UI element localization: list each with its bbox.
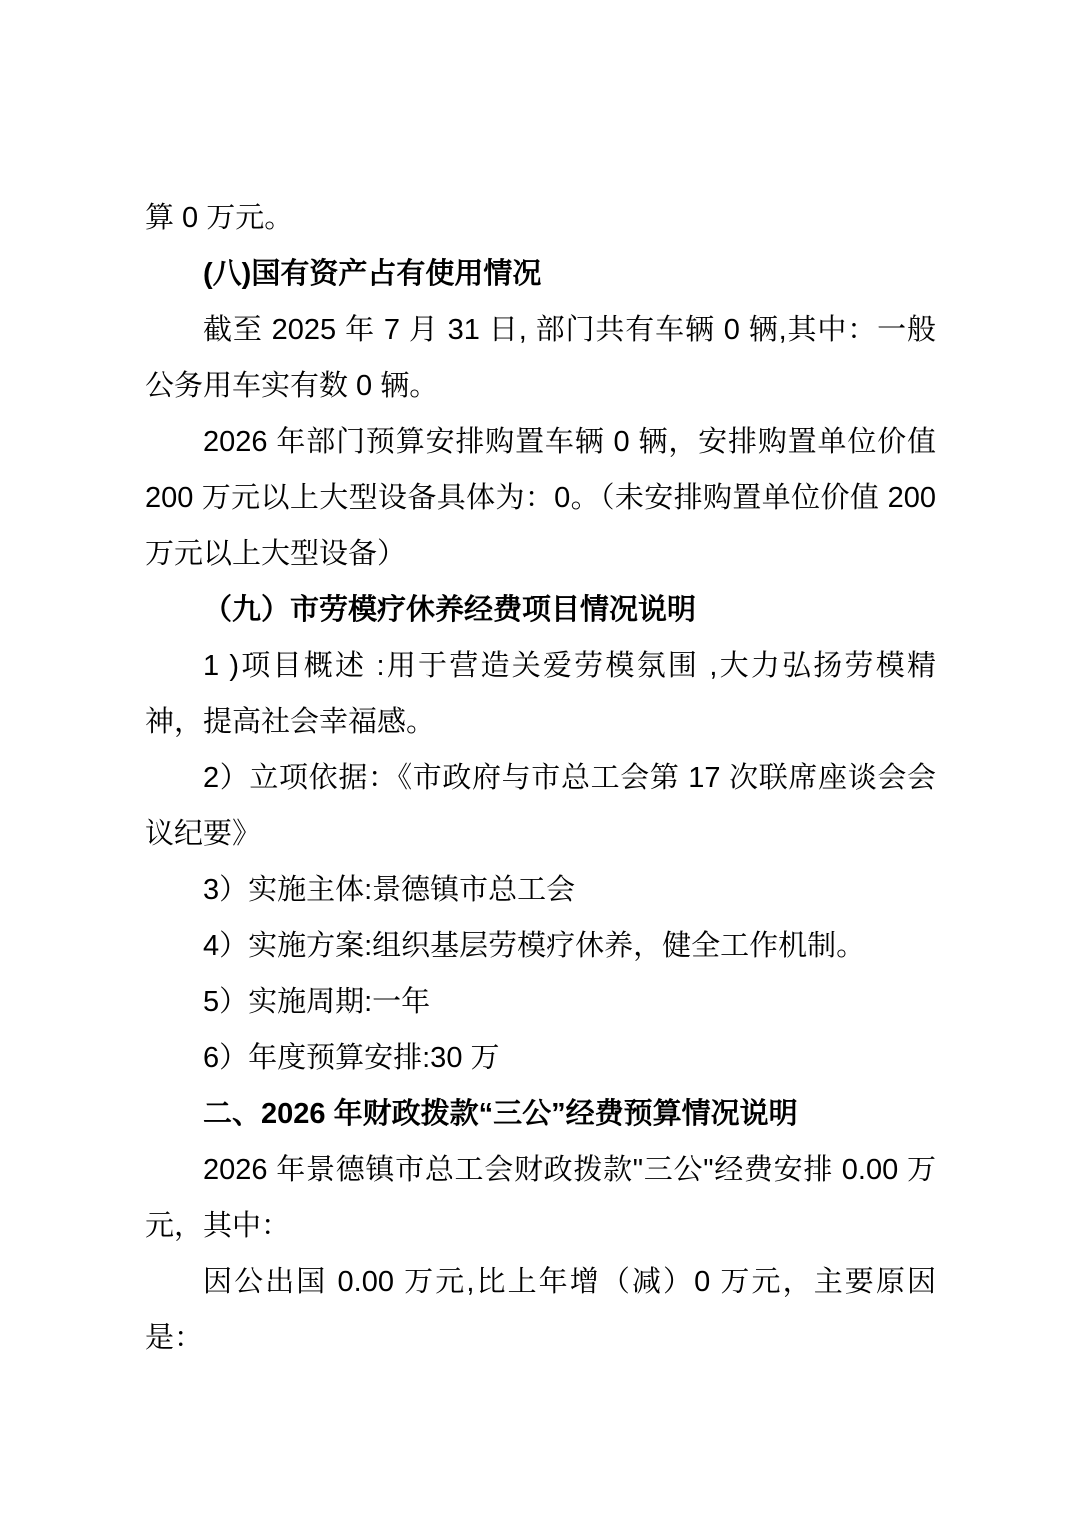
paragraph: 3）实施主体:景德镇市总工会 [145,862,936,918]
paragraph: 2）立项依据：《市政府与市总工会第 17 次联席座谈会会议纪要》 [145,750,936,862]
document-page: 算 0 万元。(八)国有资产占有使用情况截至 2025 年 7 月 31 日, … [0,0,1074,1520]
section-heading: 二、2026 年财政拨款“三公”经费预算情况说明 [145,1086,936,1142]
paragraph: 6）年度预算安排:30 万 [145,1030,936,1086]
paragraph: 1 )项目概述 :用于营造关爱劳模氛围 ,大力弘扬劳模精神，提高社会幸福感。 [145,638,936,750]
section-heading: （九）市劳模疗休养经费项目情况说明 [145,582,936,638]
paragraph: 5）实施周期:一年 [145,974,936,1030]
section-heading: (八)国有资产占有使用情况 [145,246,936,302]
paragraph: 截至 2025 年 7 月 31 日, 部门共有车辆 0 辆,其中：一般公务用车… [145,302,936,414]
paragraph-continuation: 算 0 万元。 [145,190,936,246]
paragraph: 因公出国 0.00 万元,比上年增（减）0 万元，主要原因是： [145,1254,936,1366]
paragraph: 4）实施方案:组织基层劳模疗休养，健全工作机制。 [145,918,936,974]
paragraph: 2026 年景德镇市总工会财政拨款"三公"经费安排 0.00 万元，其中： [145,1142,936,1254]
document-body: 算 0 万元。(八)国有资产占有使用情况截至 2025 年 7 月 31 日, … [145,190,936,1366]
paragraph: 2026 年部门预算安排购置车辆 0 辆，安排购置单位价值 200 万元以上大型… [145,414,936,582]
